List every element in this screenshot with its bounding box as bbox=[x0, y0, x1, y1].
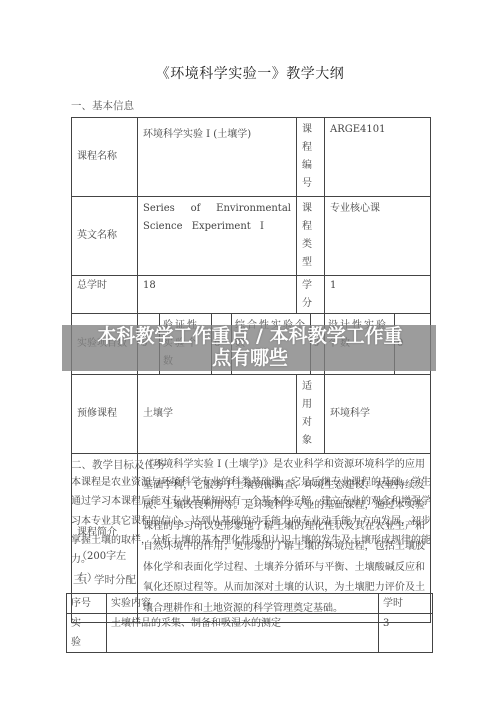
course-code-value: ARGE4101 bbox=[325, 118, 431, 197]
table-row-prerequisite: 预修课程 土壤学 适用对象 环境科学 bbox=[72, 375, 431, 454]
course-code-label: 课程编号 bbox=[297, 118, 325, 197]
watermark-line-2: 点有哪些 bbox=[0, 347, 500, 369]
total-hours-label: 总学时 bbox=[72, 276, 138, 314]
row-hours: 3 bbox=[379, 614, 433, 653]
course-name-value: 环境科学实验 I (土壤学) bbox=[138, 118, 297, 197]
section-2-heading: 二、教学目标及任务 bbox=[71, 457, 166, 472]
section-1-heading: 一、基本信息 bbox=[71, 98, 134, 113]
table-row-course-name: 课程名称 环境科学实验 I (土壤学) 课程编号 ARGE4101 bbox=[72, 118, 431, 197]
english-name-text: Series of Environmental Science Experime… bbox=[143, 200, 291, 236]
course-type-label: 课程类型 bbox=[297, 197, 325, 276]
credits-value: 1 bbox=[325, 276, 431, 314]
prerequisite-label: 预修课程 bbox=[72, 375, 138, 454]
row-content: 土壤样品的采集、制备和吸湿水的测定 bbox=[107, 614, 379, 653]
table-header-row: 序号 实验内容 学时 bbox=[67, 594, 433, 614]
prerequisite-value: 土壤学 bbox=[138, 375, 297, 454]
row-index: 实 验 bbox=[67, 614, 107, 653]
credits-label: 学分 bbox=[297, 276, 325, 314]
hours-allocation-table: 序号 实验内容 学时 实 验 土壤样品的采集、制备和吸湿水的测定 3 bbox=[66, 593, 433, 653]
column-header-content: 实验内容 bbox=[107, 594, 379, 614]
table-row-hours: 总学时 18 学分 1 bbox=[72, 276, 431, 314]
course-name-label: 课程名称 bbox=[72, 118, 138, 197]
audience-label: 适用对象 bbox=[297, 375, 325, 454]
audience-value: 环境科学 bbox=[325, 375, 431, 454]
table-row: 实 验 土壤样品的采集、制备和吸湿水的测定 3 bbox=[67, 614, 433, 653]
watermark-banner-text: 本科教学工作重点 / 本科教学工作重 点有哪些 bbox=[0, 325, 500, 369]
column-header-hours: 学时 bbox=[379, 594, 433, 614]
document-title: 《环境科学实验一》教学大纲 bbox=[0, 63, 500, 83]
section-3-heading: 三、学时分配 bbox=[73, 572, 136, 587]
table-row-english-name: 英文名称 Series of Environmental Science Exp… bbox=[72, 197, 431, 276]
course-type-value: 专业核心课 bbox=[325, 197, 431, 276]
english-name-label: 英文名称 bbox=[72, 197, 138, 276]
section-2-paragraph: 本课程是农业资源与环境科学专业的科类基础课，它是后继专业课程的基础。学生通过学习… bbox=[71, 473, 431, 569]
column-header-index: 序号 bbox=[67, 594, 107, 614]
english-name-value: Series of Environmental Science Experime… bbox=[138, 197, 297, 276]
watermark-line-1: 本科教学工作重点 / 本科教学工作重 bbox=[0, 325, 500, 347]
total-hours-value: 18 bbox=[138, 276, 297, 314]
